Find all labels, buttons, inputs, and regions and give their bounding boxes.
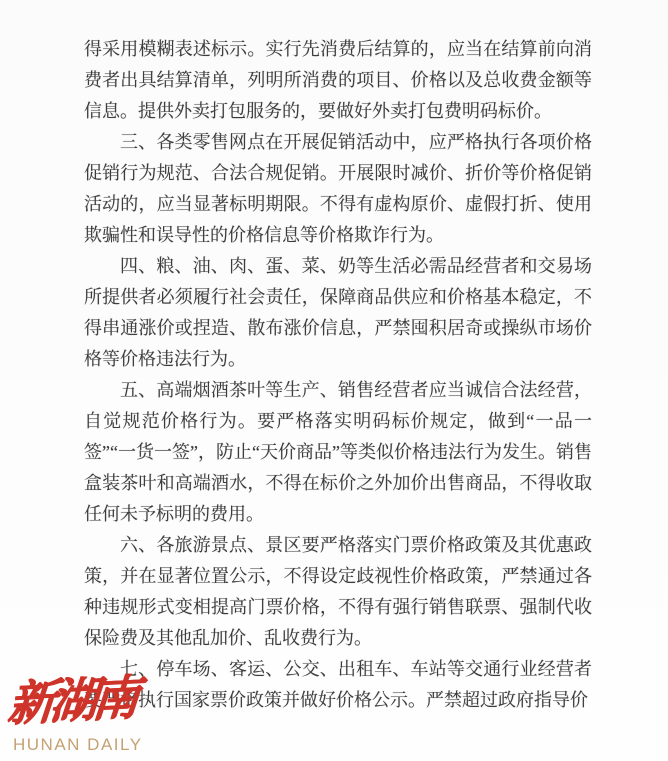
- paragraph-item-6: 六、各旅游景点、景区要严格落实门票价格政策及其优惠政策，并在显著位置公示，不得设…: [84, 530, 592, 654]
- document-body: 得采用模糊表述标示。实行先消费后结算的，应当在结算前向消费者出具结算清单，列明所…: [84, 34, 592, 716]
- paragraph-item-7: 七、停车场、客运、公交、出租车、车站等交通行业经营者要严格执行国家票价政策并做好…: [84, 654, 592, 716]
- paragraph-item-5: 五、高端烟酒茶叶等生产、销售经营者应当诚信合法经营，自觉规范价格行为。要严格落实…: [84, 375, 592, 530]
- logo-english-text: HUNAN DAILY: [13, 736, 158, 754]
- paragraph-item-4: 四、粮、油、肉、蛋、菜、奶等生活必需品经营者和交易场所提供者必须履行社会责任，保…: [84, 251, 592, 375]
- scanned-document-page: 得采用模糊表述标示。实行先消费后结算的，应当在结算前向消费者出具结算清单，列明所…: [0, 0, 668, 761]
- paragraph-item-3: 三、各类零售网点在开展促销活动中，应严格执行各项价格促销行为规范、合法合规促销。…: [84, 127, 592, 251]
- paragraph-continuation: 得采用模糊表述标示。实行先消费后结算的，应当在结算前向消费者出具结算清单，列明所…: [84, 34, 592, 127]
